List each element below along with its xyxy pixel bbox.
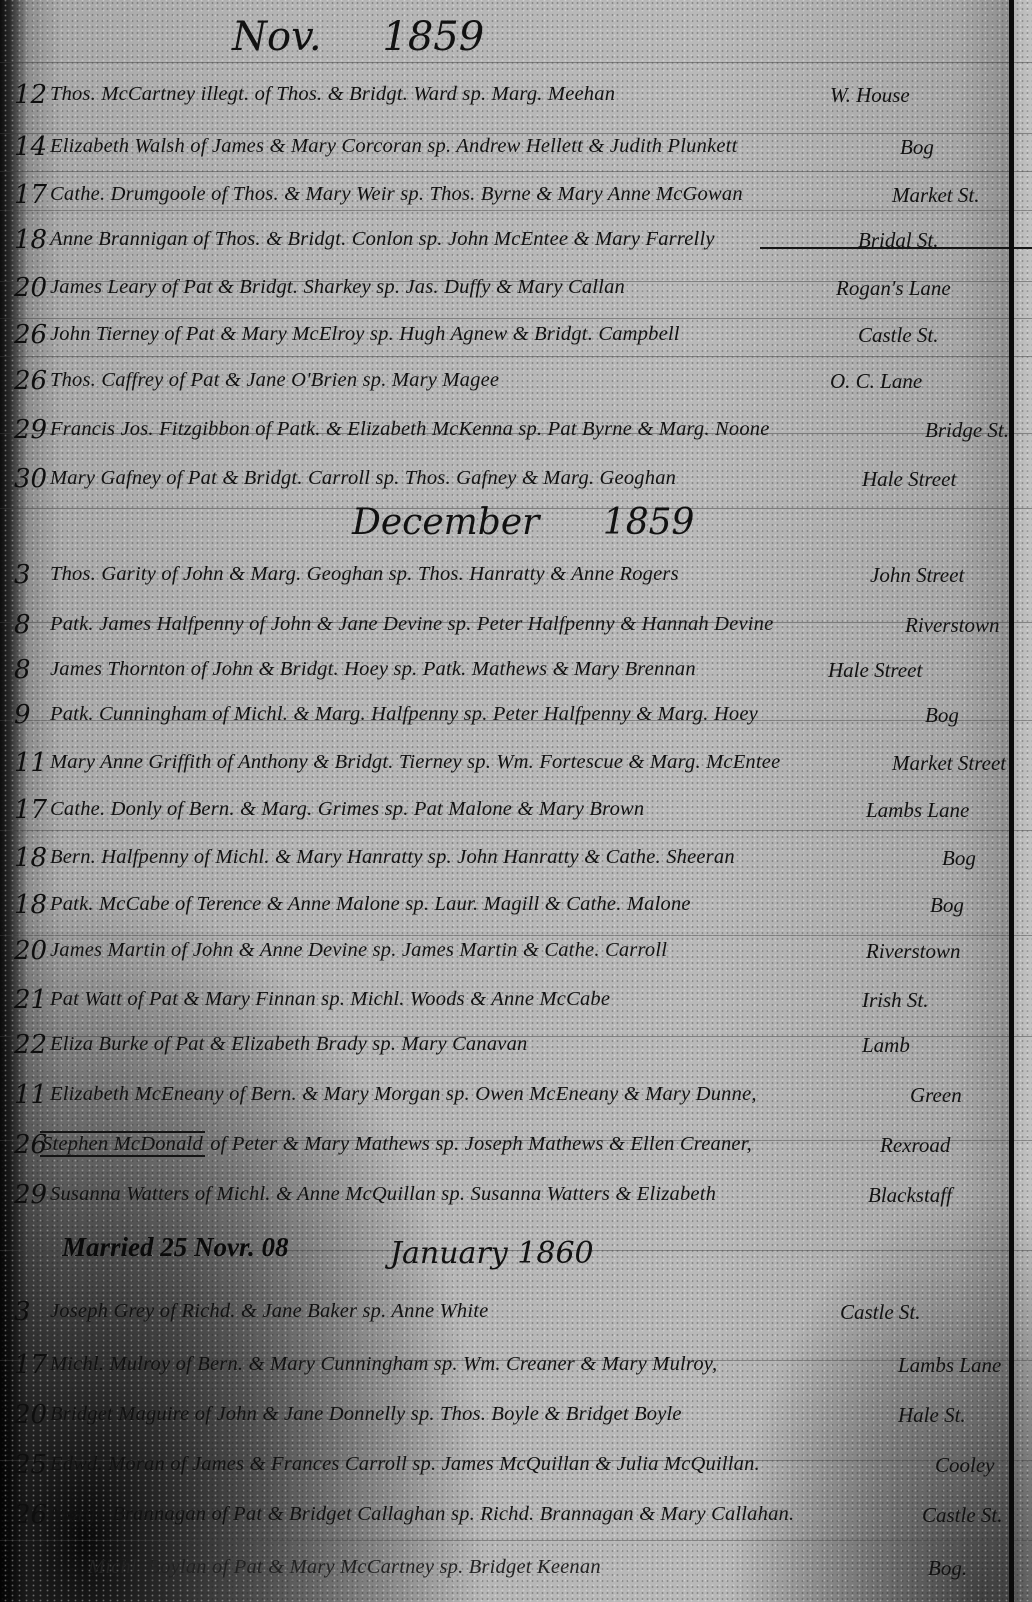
- month-heading-jan: January 1860: [390, 1236, 594, 1271]
- entry-text: Pat Watt of Pat & Mary Finnan sp. Michl.…: [50, 988, 610, 1011]
- register-entry: 12 Thos. McCartney illegt. of Thos. & Br…: [0, 80, 1008, 120]
- entry-day: 8: [14, 655, 31, 685]
- entry-text: Bridget Maguire of John & Jane Donnelly …: [50, 1403, 682, 1426]
- entry-day: 20: [14, 1400, 47, 1430]
- entry-day: 26: [14, 320, 47, 350]
- entry-place: Green: [910, 1083, 962, 1108]
- entry-place: Lambs Lane: [866, 798, 969, 823]
- entry-text: James Thornton of John & Bridgt. Hoey sp…: [50, 658, 696, 681]
- entry-day: 12: [14, 80, 47, 110]
- entry-day: 20: [14, 273, 47, 303]
- entry-place: Riverstown: [905, 613, 1000, 638]
- entry-place: Rexroad: [880, 1133, 950, 1158]
- entry-text: Michl. Boylan of Pat & Mary McCartney sp…: [88, 1556, 601, 1579]
- entry-text: Patk. James Halfpenny of John & Jane Dev…: [50, 613, 773, 636]
- heading-month: Nov.: [232, 14, 322, 60]
- entry-place: Bridal St.: [858, 228, 939, 253]
- heading-year: 1859: [382, 14, 484, 60]
- entry-text: Edwd. Moran of James & Frances Carroll s…: [50, 1453, 760, 1476]
- entry-text: Thos. Garity of John & Marg. Geoghan sp.…: [50, 563, 679, 586]
- entry-place: John Street: [870, 563, 964, 588]
- register-entry: 20 Bridget Maguire of John & Jane Donnel…: [0, 1400, 1008, 1440]
- register-entry: 26 Margt. Brannagan of Pat & Bridget Cal…: [0, 1500, 1008, 1540]
- entry-day: 3: [14, 1297, 31, 1327]
- register-entry: 30 Mary Gafney of Pat & Bridgt. Carroll …: [0, 464, 1008, 504]
- register-entry: 8 James Thornton of John & Bridgt. Hoey …: [0, 655, 1008, 695]
- register-entry: 29 Susanna Watters of Michl. & Anne McQu…: [0, 1180, 1008, 1220]
- entry-place: Hale Street: [862, 467, 956, 492]
- register-entry: 3 Thos. Garity of John & Marg. Geoghan s…: [0, 560, 1008, 600]
- entry-place: Bog: [930, 893, 964, 918]
- register-entry: 26 Thos. Caffrey of Pat & Jane O'Brien s…: [0, 366, 1008, 406]
- register-entry: 11 Mary Anne Griffith of Anthony & Bridg…: [0, 748, 1008, 788]
- entry-day: 29: [14, 415, 47, 445]
- entry-text: Bern. Halfpenny of Michl. & Mary Hanratt…: [50, 846, 735, 869]
- entry-place: Hale Street: [828, 658, 922, 683]
- register-entry: 20 James Martin of John & Anne Devine sp…: [0, 936, 1008, 976]
- entry-place: Bog.: [928, 1556, 967, 1581]
- heading-year: 1860: [517, 1236, 593, 1271]
- entry-day: 11: [14, 1080, 47, 1110]
- entry-place: Cooley: [935, 1453, 994, 1478]
- register-entry: 18 Patk. McCabe of Terence & Anne Malone…: [0, 890, 1008, 930]
- entry-text: Patk. Cunningham of Michl. & Marg. Halfp…: [50, 703, 758, 726]
- register-entry: 26 John Tierney of Pat & Mary McElroy sp…: [0, 320, 1008, 360]
- entry-text: Francis Jos. Fitzgibbon of Patk. & Eliza…: [50, 418, 770, 441]
- heading-year: 1859: [603, 502, 695, 543]
- entry-place: Blackstaff: [868, 1183, 952, 1208]
- ruled-line: [0, 318, 1032, 319]
- entry-place: Market St.: [892, 183, 979, 208]
- entry-day: 18: [14, 225, 47, 255]
- entry-day: 14: [14, 132, 47, 162]
- entry-text: Susanna Watters of Michl. & Anne McQuill…: [50, 1183, 716, 1206]
- entry-day: 8: [14, 610, 31, 640]
- register-entry: 20 James Leary of Pat & Bridgt. Sharkey …: [0, 273, 1008, 313]
- entry-day: 17: [14, 795, 47, 825]
- register-entry: 29 Francis Jos. Fitzgibbon of Patk. & El…: [0, 415, 1008, 455]
- heading-month: January: [390, 1236, 508, 1271]
- ruled-line: [0, 1540, 1032, 1541]
- entry-day: 3: [14, 560, 31, 590]
- heading-month: December: [352, 502, 539, 543]
- register-entry: 9 Patk. Cunningham of Michl. & Marg. Hal…: [0, 700, 1008, 740]
- entry-place: Market Street: [892, 751, 1006, 776]
- entry-place: W. House: [830, 83, 910, 108]
- entry-day: 26: [14, 1500, 47, 1530]
- margin-rule: [1009, 0, 1014, 1602]
- register-entry: 25 Edwd. Moran of James & Frances Carrol…: [0, 1450, 1008, 1490]
- entry-text: Cathe. Drumgoole of Thos. & Mary Weir sp…: [50, 183, 743, 206]
- entry-day: 26: [14, 366, 47, 396]
- entry-text: Margt. Brannagan of Pat & Bridget Callag…: [50, 1503, 794, 1526]
- entry-place: Rogan's Lane: [836, 276, 951, 301]
- entry-place: Castle St.: [922, 1503, 1003, 1528]
- entry-day: 21: [14, 985, 47, 1015]
- register-entry: 26 Stephen McDonald of Peter & Mary Math…: [0, 1130, 1008, 1170]
- entry-text: Elizabeth McEneany of Bern. & Mary Morga…: [50, 1083, 757, 1106]
- entry-text: Elizabeth Walsh of James & Mary Corcoran…: [50, 135, 737, 158]
- entry-day: 17: [14, 180, 47, 210]
- entry-place: Hale St.: [898, 1403, 966, 1428]
- register-entry: 18 Bern. Halfpenny of Michl. & Mary Hanr…: [0, 843, 1008, 883]
- month-heading-nov: Nov. 1859: [232, 14, 484, 60]
- entry-day: 18: [14, 890, 47, 920]
- entry-text: Stephen McDonald of Peter & Mary Mathews…: [40, 1133, 752, 1156]
- entry-text: Patk. McCabe of Terence & Anne Malone sp…: [50, 893, 691, 916]
- register-page: Nov. 1859 12 Thos. McCartney illegt. of …: [0, 0, 1032, 1602]
- entry-place: Castle St.: [858, 323, 939, 348]
- entry-place: Irish St.: [862, 988, 929, 1013]
- entry-day: 18: [14, 843, 47, 873]
- entry-text: John Tierney of Pat & Mary McElroy sp. H…: [50, 323, 680, 346]
- entry-place: Lambs Lane: [898, 1353, 1001, 1378]
- register-entry: Michl. Boylan of Pat & Mary McCartney sp…: [0, 1553, 1008, 1593]
- entry-place: Bog: [942, 846, 976, 871]
- ruled-line: [0, 62, 1032, 63]
- boxed-child-name: Stephen McDonald: [40, 1131, 205, 1157]
- entry-place: O. C. Lane: [830, 369, 922, 394]
- register-entry: 21 Pat Watt of Pat & Mary Finnan sp. Mic…: [0, 985, 1008, 1025]
- entry-day: 25: [14, 1450, 47, 1480]
- marginal-note: Married 25 Novr. 08: [62, 1232, 289, 1263]
- register-entry: 18 Anne Brannigan of Thos. & Bridgt. Con…: [0, 225, 1008, 265]
- entry-day: 17: [14, 1350, 47, 1380]
- register-entry: 17 Cathe. Drumgoole of Thos. & Mary Weir…: [0, 180, 1008, 220]
- register-entry: 14 Elizabeth Walsh of James & Mary Corco…: [0, 132, 1008, 172]
- entry-text: Thos. Caffrey of Pat & Jane O'Brien sp. …: [50, 369, 499, 392]
- entry-day: 29: [14, 1180, 47, 1210]
- register-entry: 17 Michl. Mulroy of Bern. & Mary Cunning…: [0, 1350, 1008, 1390]
- register-entry: 3 Joseph Grey of Richd. & Jane Baker sp.…: [0, 1297, 1008, 1337]
- entry-text-rest: of Peter & Mary Mathews sp. Joseph Mathe…: [210, 1133, 752, 1155]
- entry-text: Eliza Burke of Pat & Elizabeth Brady sp.…: [50, 1033, 528, 1056]
- entry-day: 9: [14, 700, 31, 730]
- entry-day: 30: [14, 464, 47, 494]
- entry-text: James Martin of John & Anne Devine sp. J…: [50, 939, 667, 962]
- entry-place: Bog: [900, 135, 934, 160]
- month-heading-dec: December 1859: [352, 502, 694, 543]
- register-entry: 8 Patk. James Halfpenny of John & Jane D…: [0, 610, 1008, 650]
- entry-place: Castle St.: [840, 1300, 921, 1325]
- entry-text: Thos. McCartney illegt. of Thos. & Bridg…: [50, 83, 615, 106]
- entry-text: Mary Anne Griffith of Anthony & Bridgt. …: [50, 751, 780, 774]
- register-entry: 22 Eliza Burke of Pat & Elizabeth Brady …: [0, 1030, 1008, 1070]
- entry-text: Cathe. Donly of Bern. & Marg. Grimes sp.…: [50, 798, 644, 821]
- entry-place: Bridge St.: [925, 418, 1009, 443]
- entry-day: 22: [14, 1030, 47, 1060]
- entry-text: Joseph Grey of Richd. & Jane Baker sp. A…: [50, 1300, 488, 1323]
- entry-place: Riverstown: [866, 939, 961, 964]
- register-entry: 11 Elizabeth McEneany of Bern. & Mary Mo…: [0, 1080, 1008, 1120]
- entry-text: Michl. Mulroy of Bern. & Mary Cunningham…: [50, 1353, 717, 1376]
- entry-day: 20: [14, 936, 47, 966]
- entry-text: James Leary of Pat & Bridgt. Sharkey sp.…: [50, 276, 625, 299]
- entry-place: Lamb: [862, 1033, 910, 1058]
- entry-text: Anne Brannigan of Thos. & Bridgt. Conlon…: [50, 228, 715, 251]
- entry-text: Mary Gafney of Pat & Bridgt. Carroll sp.…: [50, 467, 676, 490]
- entry-day: 11: [14, 748, 47, 778]
- register-entry: 17 Cathe. Donly of Bern. & Marg. Grimes …: [0, 795, 1008, 835]
- entry-place: Bog: [925, 703, 959, 728]
